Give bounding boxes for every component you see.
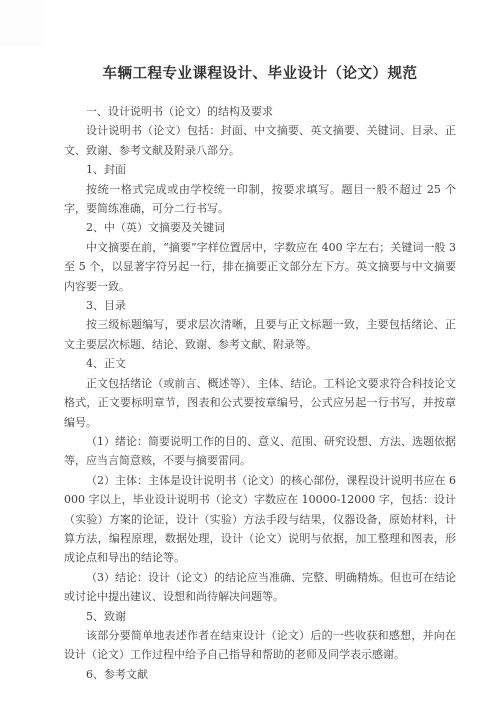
section-heading: 一、设计说明书（论文）的结构及要求 <box>64 102 456 121</box>
document-page: 车辆工程专业课程设计、毕业设计（论文）规范 一、设计说明书（论文）的结构及要求设… <box>0 0 500 707</box>
document-title: 车辆工程专业课程设计、毕业设计（论文）规范 <box>64 62 456 83</box>
subheading: 6、参考文献 <box>64 665 456 684</box>
document-body: 一、设计说明书（论文）的结构及要求设计说明书（论文）包括：封面、中文摘要、英文摘… <box>64 102 456 684</box>
paragraph: 按统一格式完成或由学校统一印制，按要求填写。题目一般不超过 25 个字，要简练准… <box>64 180 456 219</box>
paragraph: 设计说明书（论文）包括：封面、中文摘要、英文摘要、关键词、目录、正文、致谢、参考… <box>64 121 456 160</box>
subheading: 3、目录 <box>64 296 456 315</box>
paragraph: （2）主体：主体是设计说明书（论文）的核心部份，课程设计说明书应在 6000 字… <box>64 471 456 568</box>
subheading: 5、致谢 <box>64 607 456 626</box>
subheading: 4、正文 <box>64 354 456 373</box>
paragraph: 该部分要简单地表述作者在结束设计（论文）后的一些收获和感想，并向在设计（论文）工… <box>64 626 456 665</box>
paragraph: 中文摘要在前，“摘要”字样位置居中，字数应在 400 字左右；关键词一般 3 至… <box>64 238 456 296</box>
subheading: 2、中（英）文摘要及关键词 <box>64 218 456 237</box>
paragraph: （3）结论：设计（论文）的结论应当准确、完整、明确精炼。但也可在结论或讨论中提出… <box>64 568 456 607</box>
paragraph: 正文包括绪论（或前言、概述等）、主体、结论。工科论文要求符合科技论文格式，正文要… <box>64 374 456 432</box>
paragraph: （1）绪论：简要说明工作的目的、意义、范围、研究设想、方法、选题依据等，应当言简… <box>64 432 456 471</box>
scan-corner-artifact <box>0 0 42 46</box>
paragraph: 按三级标题编写，要求层次清晰，且要与正文标题一致，主要包括绪论、正文主要层次标题… <box>64 315 456 354</box>
subheading: 1、封面 <box>64 160 456 179</box>
